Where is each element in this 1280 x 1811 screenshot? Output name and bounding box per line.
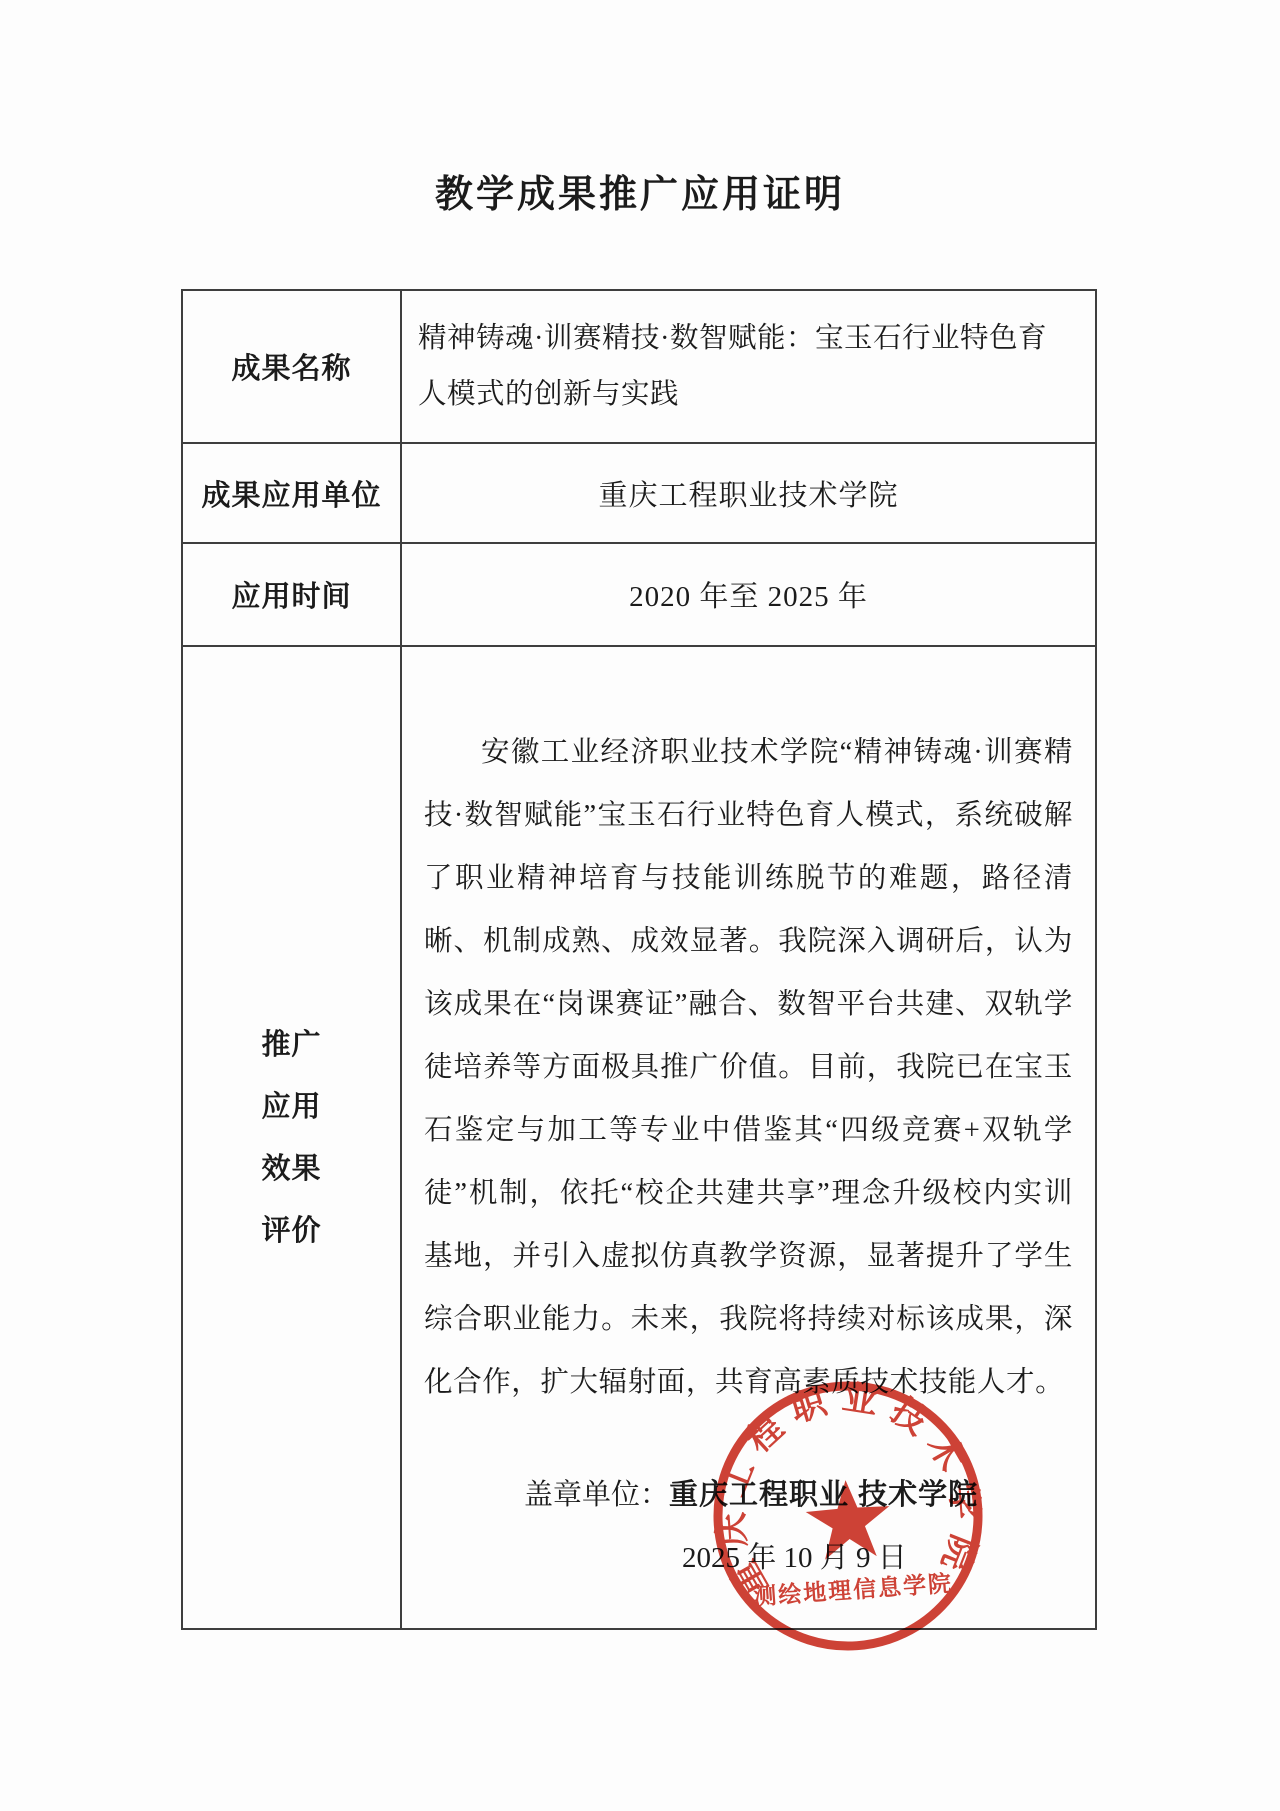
achievement-name-line-2: 人模式的创新与实践 xyxy=(418,367,1085,423)
evaluation-label-line-2: 应用 xyxy=(261,1076,321,1138)
page-title: 教学成果推广应用证明 xyxy=(0,163,1280,218)
certificate-page: 教学成果推广应用证明 成果名称 精神铸魂·训赛精技·数智赋能：宝玉石行业特色育 … xyxy=(0,0,1280,1811)
row-label-achievement-name: 成果名称 xyxy=(183,291,400,442)
row-label-application-time: 应用时间 xyxy=(183,542,400,645)
evaluation-paragraph: 安徽工业经济职业技术学院“精神铸魂·训赛精技·数智赋能”宝玉石行业特色育人模式，… xyxy=(424,721,1073,1414)
evaluation-label-line-3: 效果 xyxy=(261,1138,321,1200)
cell-application-unit-value: 重庆工程职业技术学院 xyxy=(400,442,1095,542)
evaluation-label-line-1: 推广 xyxy=(261,1014,321,1076)
achievement-name-line-1: 精神铸魂·训赛精技·数智赋能：宝玉石行业特色育 xyxy=(418,311,1085,367)
seal-bottom-text: 测绘地理信息学院 xyxy=(752,1570,953,1610)
cell-achievement-name-value: 精神铸魂·训赛精技·数智赋能：宝玉石行业特色育 人模式的创新与实践 xyxy=(400,291,1095,442)
evaluation-label-line-4: 评价 xyxy=(261,1200,321,1262)
row-label-application-unit: 成果应用单位 xyxy=(183,442,400,542)
cell-application-time-value: 2020 年至 2025 年 xyxy=(400,542,1095,645)
star-icon xyxy=(804,1477,893,1561)
seal-unit-prefix: 盖章单位： xyxy=(524,1479,669,1511)
official-seal: 重庆工程职业技术学院 测绘地理信息学院 xyxy=(679,1347,1016,1684)
row-label-evaluation: 推广 应用 效果 评价 xyxy=(183,645,400,1628)
